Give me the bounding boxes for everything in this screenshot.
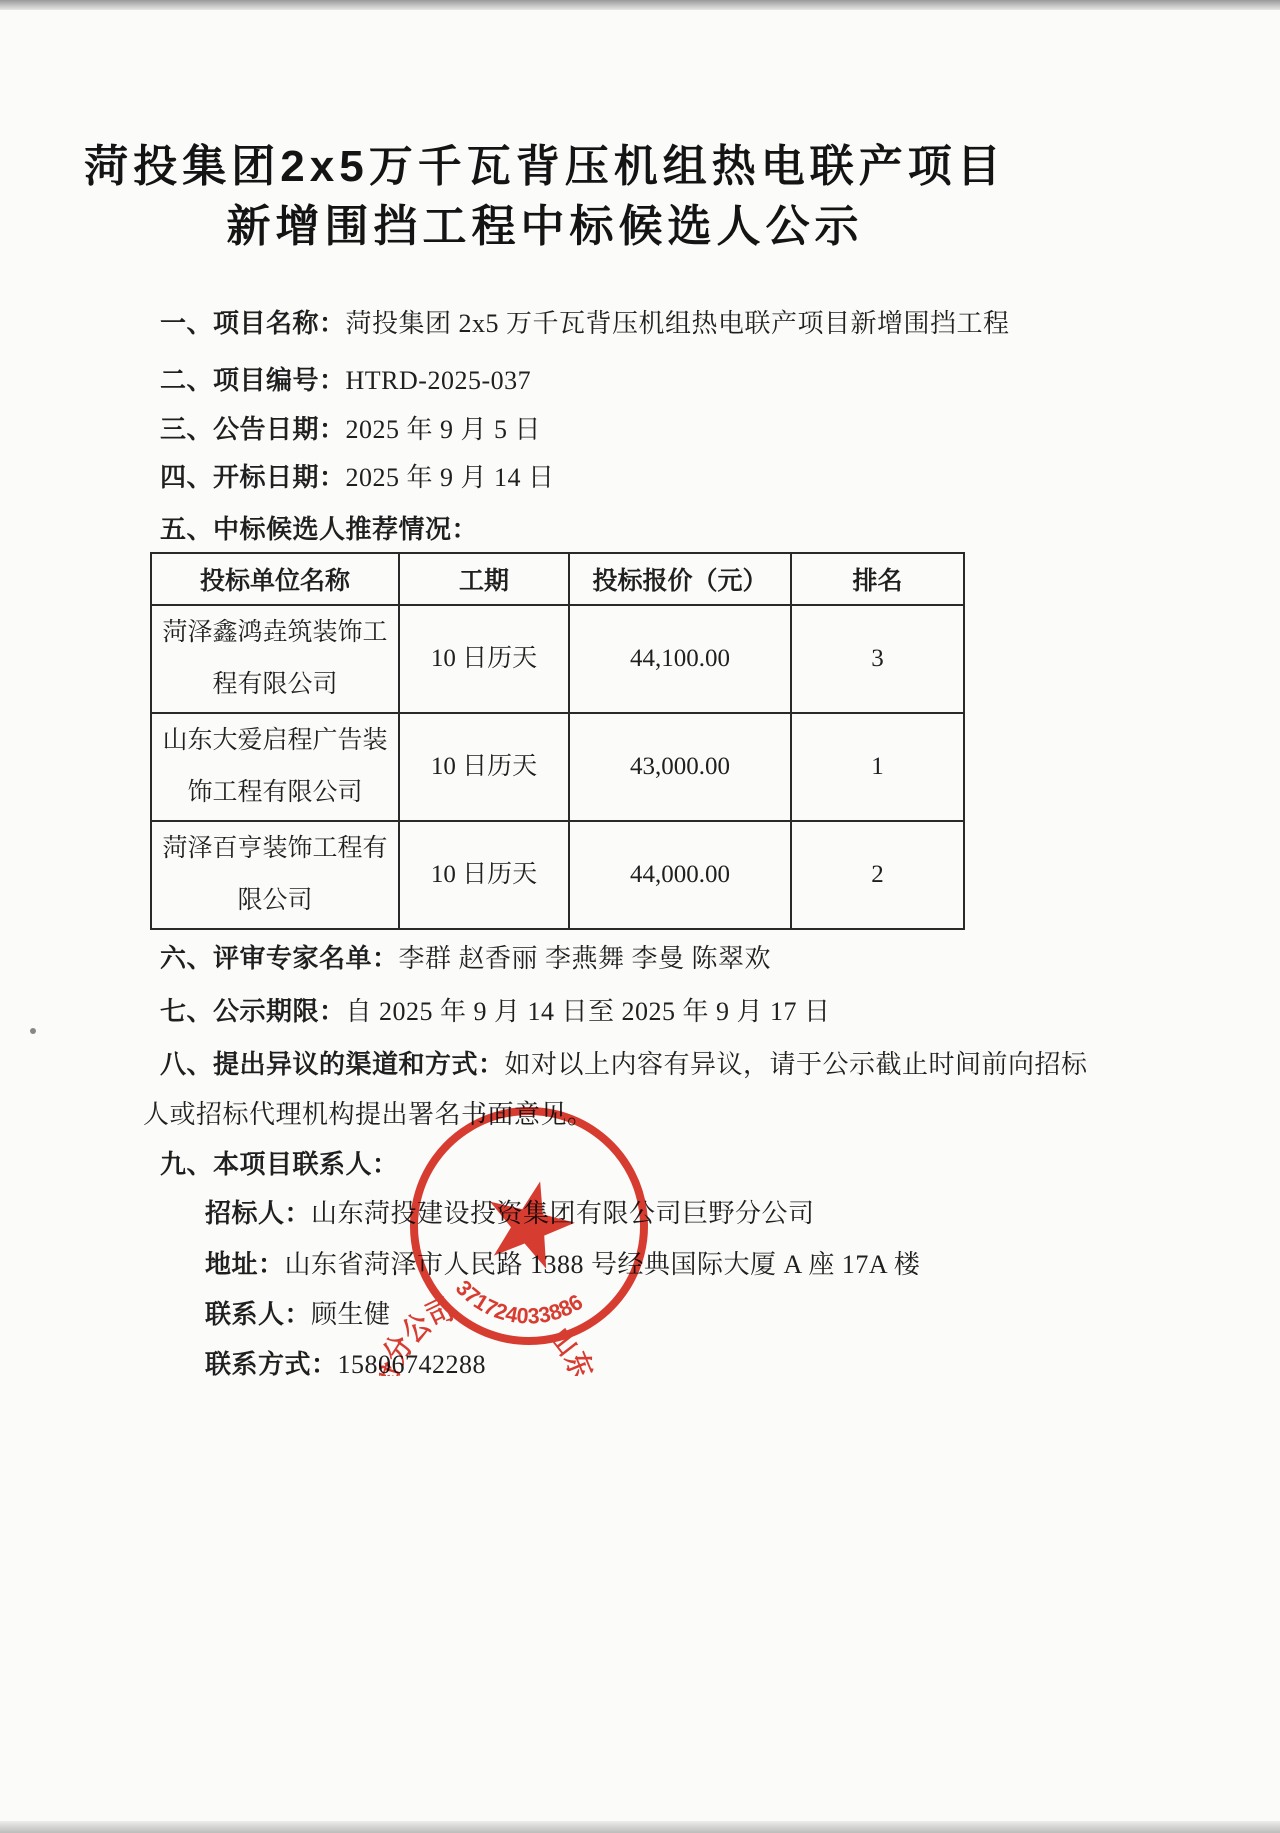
item-value: 自 2025 年 9 月 14 日至 2025 年 9 月 17 日	[346, 997, 831, 1026]
item-project-number: 二、项目编号：HTRD-2025-037	[160, 360, 531, 397]
cell-rank: 1	[791, 713, 964, 821]
document-title-line2: 新增围挡工程中标候选人公示	[0, 190, 1090, 254]
col-header-rank: 排名	[791, 553, 964, 605]
item-label: 七、公示期限：	[160, 996, 346, 1026]
item-label: 一、项目名称：	[160, 308, 346, 338]
cell-bidder: 山东大爱启程广告装饰工程有限公司	[151, 713, 399, 821]
item-publicity-period: 七、公示期限：自 2025 年 9 月 14 日至 2025 年 9 月 17 …	[160, 991, 831, 1028]
item-label: 五、中标候选人推荐情况：	[160, 514, 478, 544]
col-header-price: 投标报价（元）	[569, 553, 791, 605]
item-contacts-heading: 九、本项目联系人：	[160, 1144, 399, 1181]
stray-ink-mark	[30, 1028, 36, 1034]
table-row: 山东大爱启程广告装饰工程有限公司 10 日历天 43,000.00 1	[151, 713, 964, 821]
cell-bidder: 菏泽百亨装饰工程有限公司	[151, 821, 399, 929]
col-header-duration: 工期	[399, 553, 569, 605]
item-value: 2025 年 9 月 5 日	[346, 415, 542, 444]
item-value: 如对以上内容有异议，请于公示截止时间前向招标	[505, 1050, 1088, 1079]
cell-duration: 10 日历天	[399, 713, 569, 821]
cell-price: 43,000.00	[569, 713, 791, 821]
contact-label: 联系方式：	[205, 1349, 338, 1379]
item-value: 菏投集团 2x5 万千瓦背压机组热电联产项目新增围挡工程	[346, 309, 1010, 338]
table-header-row: 投标单位名称 工期 投标报价（元） 排名	[151, 553, 964, 605]
item-label: 二、项目编号：	[160, 365, 346, 395]
photo-edge-top	[0, 0, 1280, 10]
item-project-name: 一、项目名称：菏投集团 2x5 万千瓦背压机组热电联产项目新增围挡工程	[160, 303, 1010, 340]
item-value: HTRD-2025-037	[346, 366, 532, 395]
cell-price: 44,100.00	[569, 605, 791, 713]
cell-duration: 10 日历天	[399, 605, 569, 713]
item-label: 三、公告日期：	[160, 414, 346, 444]
cell-bidder: 菏泽鑫鸿垚筑装饰工程有限公司	[151, 605, 399, 713]
col-header-bidder: 投标单位名称	[151, 553, 399, 605]
item-label: 八、提出异议的渠道和方式：	[160, 1049, 505, 1079]
item-label: 六、评审专家名单：	[160, 943, 399, 973]
table-row: 菏泽百亨装饰工程有限公司 10 日历天 44,000.00 2	[151, 821, 964, 929]
contact-label: 地址：	[205, 1249, 285, 1279]
item-value: 李群 赵香丽 李燕舞 李曼 陈翠欢	[399, 944, 772, 973]
contact-label: 联系人：	[205, 1299, 311, 1329]
item-announce-date: 三、公告日期：2025 年 9 月 5 日	[160, 409, 541, 446]
item-candidates-heading: 五、中标候选人推荐情况：	[160, 509, 478, 546]
item-experts: 六、评审专家名单：李群 赵香丽 李燕舞 李曼 陈翠欢	[160, 938, 771, 975]
seal-star	[478, 1171, 583, 1273]
bid-candidates-table: 投标单位名称 工期 投标报价（元） 排名 菏泽鑫鸿垚筑装饰工程有限公司 10 日…	[150, 552, 965, 930]
company-seal: 山东菏投建设投资集团有限公司巨野分公司 3717240338867	[379, 1076, 679, 1376]
cell-rank: 2	[791, 821, 964, 929]
item-label: 九、本项目联系人：	[160, 1149, 399, 1179]
cell-duration: 10 日历天	[399, 821, 569, 929]
document-title-line1: 菏投集团2x5万千瓦背压机组热电联产项目	[0, 130, 1090, 194]
item-value: 2025 年 9 月 14 日	[346, 463, 555, 492]
cell-price: 44,000.00	[569, 821, 791, 929]
table-row: 菏泽鑫鸿垚筑装饰工程有限公司 10 日历天 44,100.00 3	[151, 605, 964, 713]
cell-rank: 3	[791, 605, 964, 713]
contact-label: 招标人：	[205, 1198, 311, 1228]
photo-edge-bottom	[0, 1821, 1280, 1833]
item-label: 四、开标日期：	[160, 462, 346, 492]
item-bidopen-date: 四、开标日期：2025 年 9 月 14 日	[160, 457, 555, 494]
contact-person: 联系人：顾生健	[205, 1294, 391, 1331]
